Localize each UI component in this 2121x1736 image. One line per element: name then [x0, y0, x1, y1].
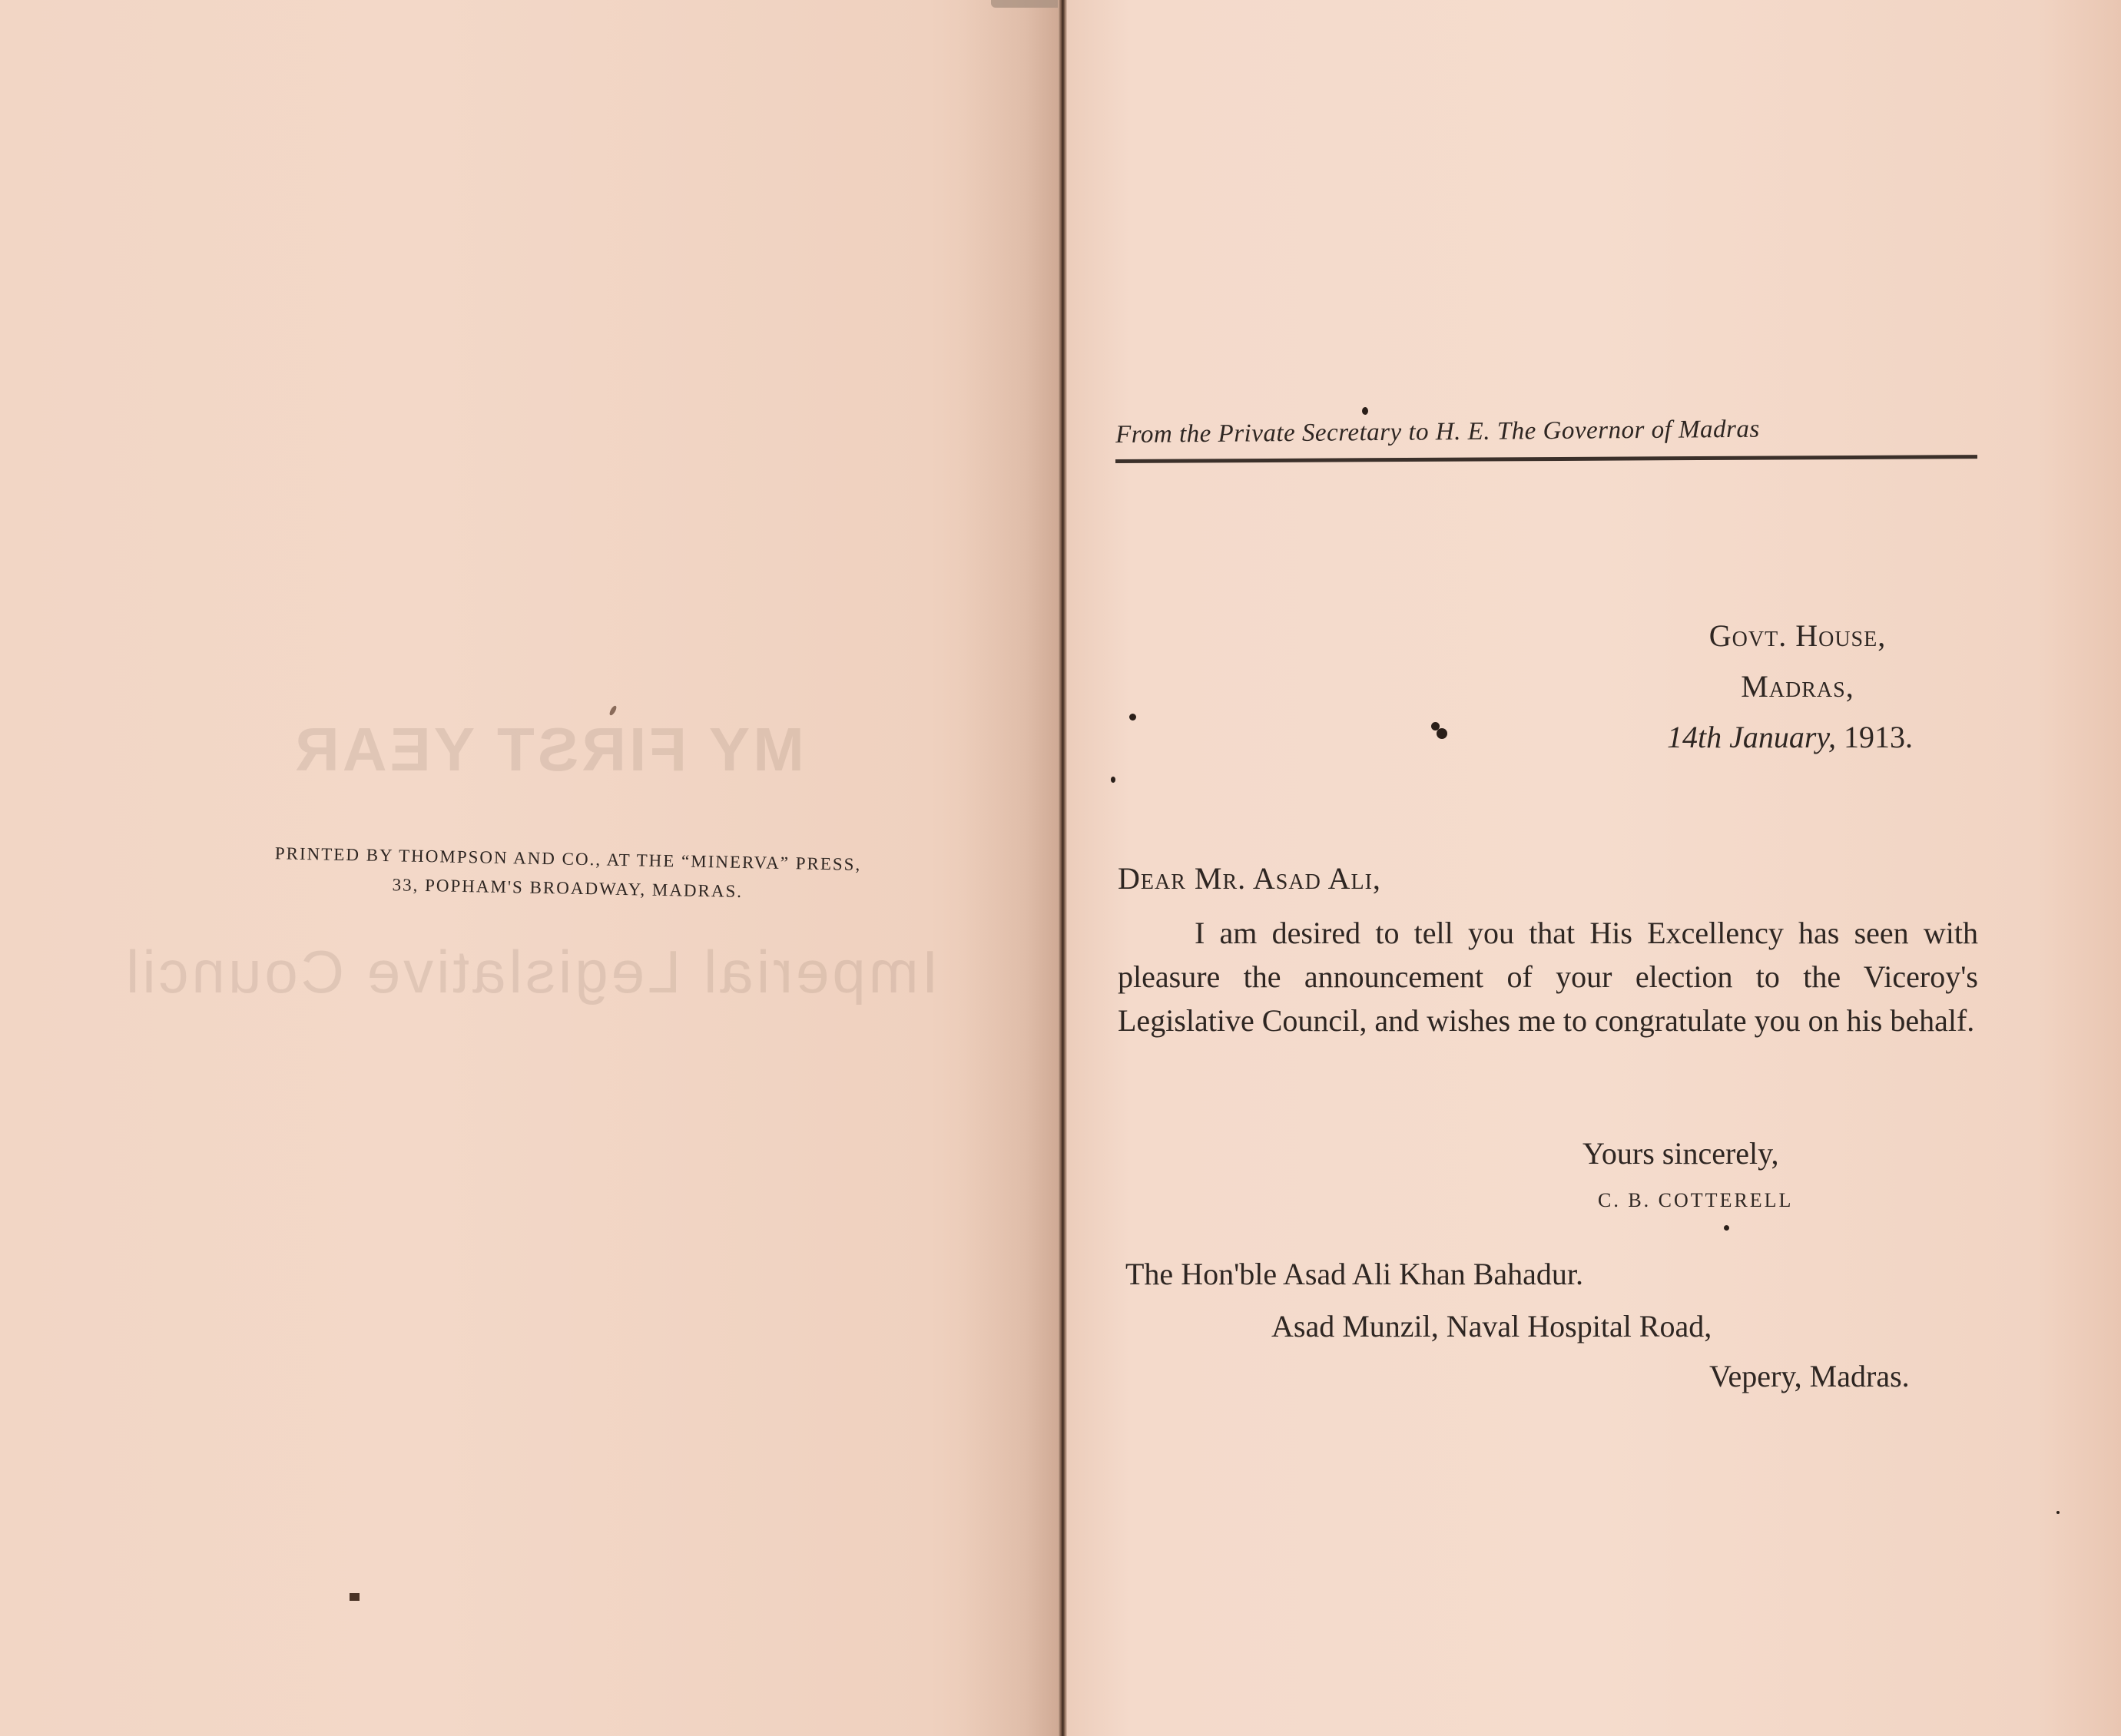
spine-ink-dot — [1111, 777, 1115, 783]
show-through-subtitle: Imperial Legislative Council — [123, 937, 938, 1007]
printer-imprint: PRINTED BY THOMPSON AND CO., AT THE “MIN… — [184, 837, 953, 910]
show-through-title: MY FIRST YEAR — [292, 714, 804, 785]
book-spine — [1058, 0, 1067, 1736]
letter-date: 14th January, 1913. — [1598, 712, 1982, 763]
ink-dot — [1362, 407, 1368, 415]
ink-dot — [1129, 714, 1136, 721]
ink-dot — [1724, 1225, 1729, 1231]
ink-dot — [1437, 728, 1447, 739]
salutation: Dear Mr. Asad Ali, — [1118, 860, 1381, 896]
address-line-1: Govt. House, — [1613, 611, 1982, 661]
recipient-street: Asad Munzil, Naval Hospital Road, — [1271, 1308, 1712, 1344]
recipient-city: Vepery, Madras. — [1709, 1358, 1910, 1394]
letter-body: I am desired to tell you that His Excell… — [1118, 911, 1978, 1042]
ink-dot — [2056, 1511, 2060, 1514]
address-line-2: Madras, — [1613, 661, 1982, 712]
signature: C. B. COTTERELL — [1598, 1189, 1793, 1212]
date-year: 1913. — [1844, 720, 1913, 754]
fold-shadow — [960, 0, 1058, 1736]
letter-body-text: I am desired to tell you that His Excell… — [1118, 916, 1978, 1038]
left-page: MY FIRST YEAR Imperial Legislative Counc… — [0, 0, 1058, 1736]
book-spread: MY FIRST YEAR Imperial Legislative Counc… — [0, 0, 2121, 1736]
sender-address: Govt. House, Madras, 14th January, 1913. — [1613, 611, 1982, 763]
torn-page-edge — [991, 0, 1060, 8]
paper-hole-blemish — [350, 1593, 360, 1601]
recipient-name: The Hon'ble Asad Ali Khan Bahadur. — [1125, 1256, 1583, 1292]
closing: Yours sincerely, — [1582, 1135, 1779, 1171]
date-day-month: 14th January, — [1667, 720, 1836, 754]
